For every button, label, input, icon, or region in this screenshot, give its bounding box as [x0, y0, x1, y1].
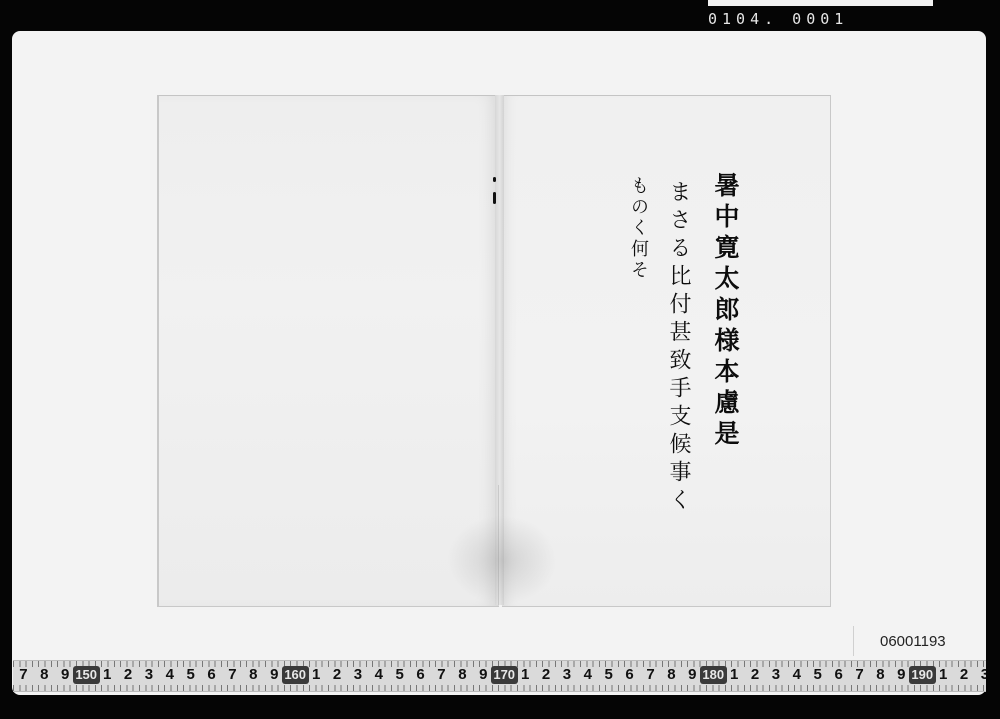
ruler-label: 7 [431, 666, 452, 684]
ruler-label: 180 [700, 666, 727, 684]
ruler-label: 8 [34, 666, 55, 684]
ruler-label: 4 [159, 666, 180, 684]
ruler-label: 2 [954, 666, 975, 684]
measuring-ruler: 7891501234567891601234567891701234567891… [13, 660, 986, 692]
ruler-label: 7 [13, 666, 34, 684]
ruler-label: 150 [73, 666, 100, 684]
page-stain [447, 515, 557, 605]
ruler-label: 5 [807, 666, 828, 684]
ruler-label: 8 [452, 666, 473, 684]
ruler-label: 8 [870, 666, 891, 684]
ruler-label: 160 [282, 666, 309, 684]
ruler-label: 190 [909, 666, 936, 684]
ruler-label: 5 [180, 666, 201, 684]
ruler-label: 3 [766, 666, 787, 684]
ruler-label: 8 [661, 666, 682, 684]
ruler-label: 3 [975, 666, 986, 684]
ruler-ticks-bottom [13, 685, 986, 691]
ruler-label: 6 [619, 666, 640, 684]
ruler-label: 6 [201, 666, 222, 684]
film-strip-label-area [708, 0, 933, 6]
ruler-label: 6 [828, 666, 849, 684]
ruler-label: 8 [243, 666, 264, 684]
ruler-label: 2 [536, 666, 557, 684]
ruler-label: 170 [491, 666, 518, 684]
ruler-label: 5 [389, 666, 410, 684]
ruler-label: 1 [306, 666, 327, 684]
ruler-label: 1 [515, 666, 536, 684]
manuscript-column-3: ものく何そ [629, 176, 647, 281]
ruler-label: 7 [222, 666, 243, 684]
ruler-label: 6 [410, 666, 431, 684]
ruler-label: 1 [933, 666, 954, 684]
manuscript-column-2: まさる比付甚致手支候事く [667, 180, 689, 516]
ruler-label: 7 [849, 666, 870, 684]
ruler-label: 7 [640, 666, 661, 684]
ruler-label: 3 [138, 666, 159, 684]
binding-mark [493, 192, 496, 204]
frame-number: 0104. 0001 [708, 10, 848, 28]
ruler-label: 3 [347, 666, 368, 684]
ruler-label: 2 [327, 666, 348, 684]
manuscript-column-1: 暑中寛太郎様本慮是 [713, 172, 738, 451]
ruler-label: 4 [577, 666, 598, 684]
ruler-label: 3 [556, 666, 577, 684]
binding-mark [493, 177, 496, 182]
ruler-label: 4 [368, 666, 389, 684]
ruler-label: 2 [745, 666, 766, 684]
ruler-label: 5 [598, 666, 619, 684]
document-id: 06001193 [880, 633, 946, 650]
ruler-labels: 7891501234567891601234567891701234567891… [13, 666, 986, 684]
ruler-label: 2 [118, 666, 139, 684]
ruler-label: 1 [724, 666, 745, 684]
ruler-label: 4 [786, 666, 807, 684]
ruler-label: 1 [97, 666, 118, 684]
